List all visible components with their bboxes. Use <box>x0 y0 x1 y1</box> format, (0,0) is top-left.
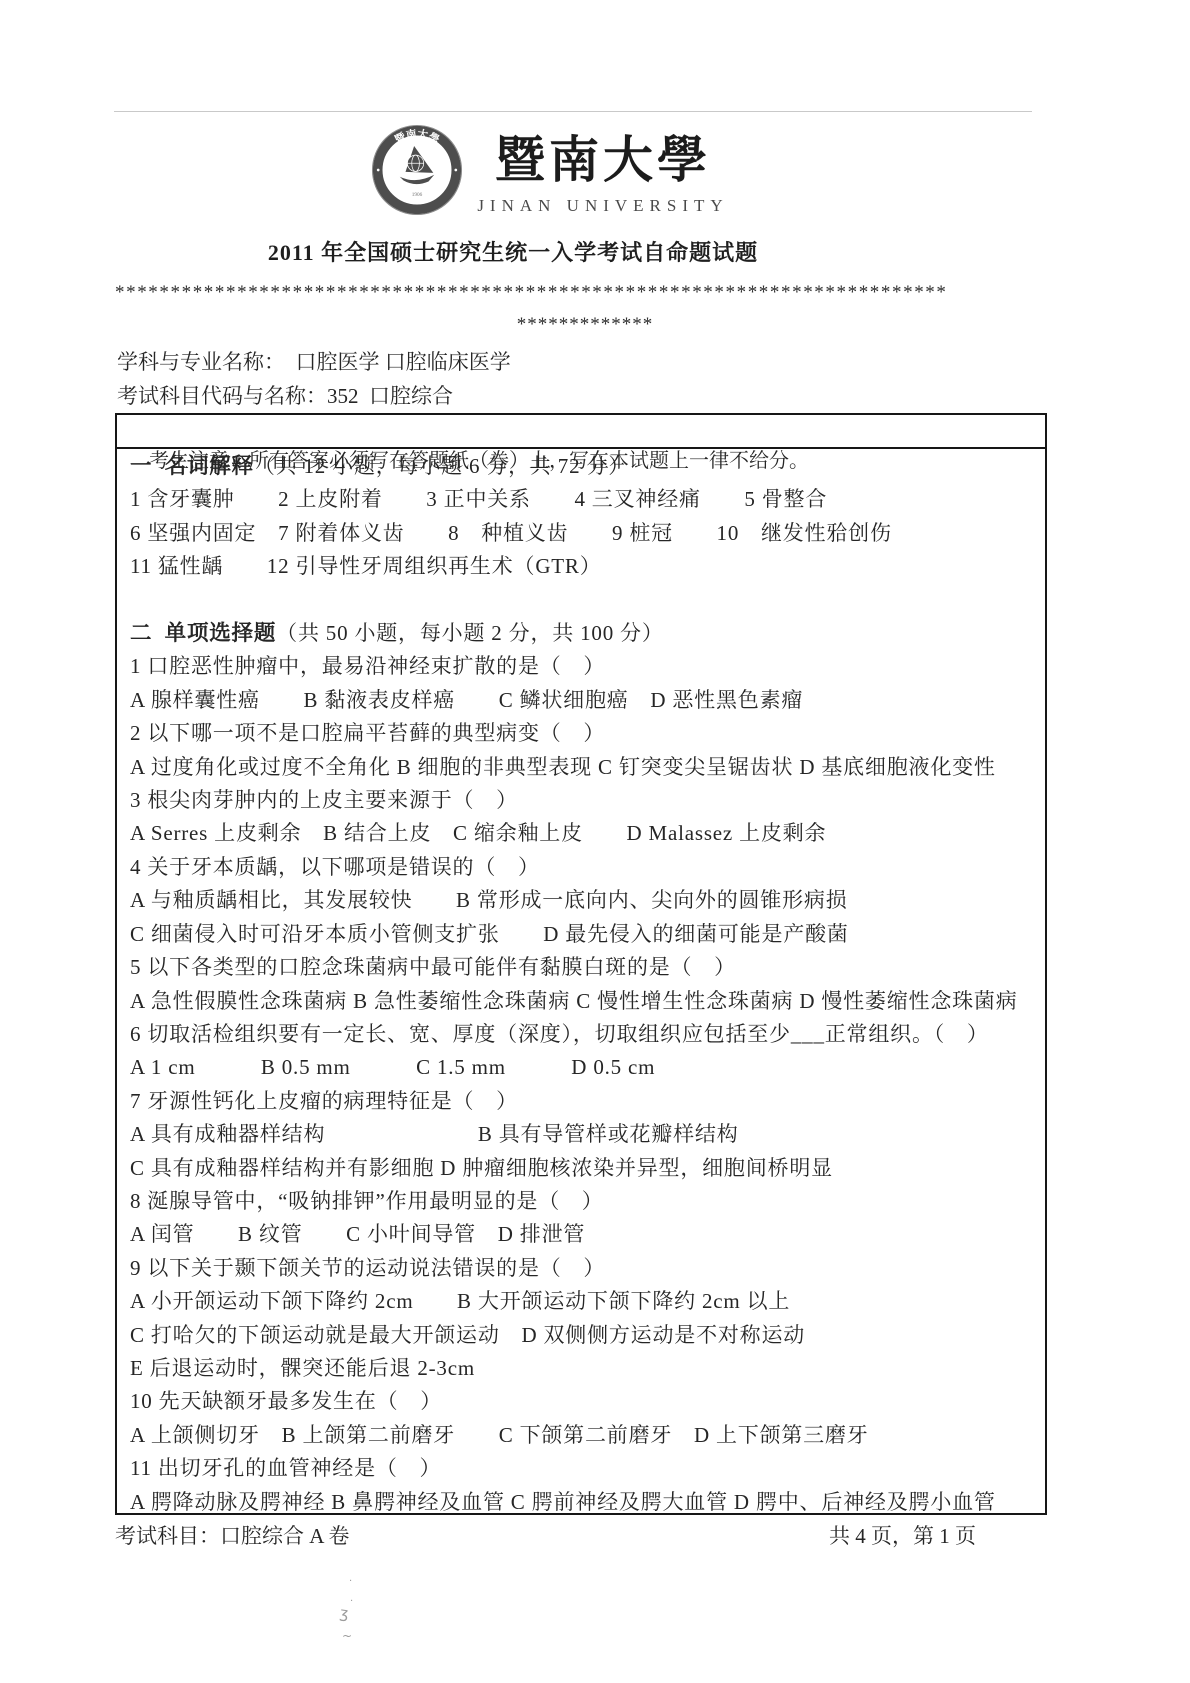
exam-text-line: A 腭降动脉及腭神经 B 鼻腭神经及血管 C 腭前神经及腭大血管 D 腭中、后神… <box>130 1486 1035 1515</box>
candidate-notice-box: 考生注意：所有答案必须写在答题纸（卷）上，写在本试题上一律不给分。 <box>115 413 1047 449</box>
footer-exam-subject: 考试科目：口腔综合 A 卷 <box>115 1520 350 1550</box>
exam-text-line: C 打哈欠的下颌运动就是最大开颌运动 D 双侧侧方运动是不对称运动 <box>130 1319 1035 1352</box>
exam-text-line: 3 根尖肉芽肿内的上皮主要来源于（ ） <box>130 784 1035 817</box>
exam-text-line: 6 坚强内固定 7 附着体义齿 8 种植义齿 9 桩冠 10 继发性𬌗创伤 <box>130 517 1035 550</box>
scan-artifact: . <box>350 1593 353 1604</box>
exam-text-line: 1 口腔恶性肿瘤中，最易沿神经束扩散的是（ ） <box>130 650 1035 683</box>
university-logo: 暨南大學 JINAN UNIVERSITY 1906 暨南大學 JINAN UN… <box>0 124 1100 216</box>
exam-text-line: C 具有成釉器样结构并有影细胞 D 肿瘤细胞核浓染并异型，细胞间桥明显 <box>130 1152 1035 1185</box>
exam-text-line: 5 以下各类型的口腔念珠菌病中最可能伴有黏膜白斑的是（ ） <box>130 951 1035 984</box>
university-wordmark-cn: 暨南大學 <box>495 124 711 196</box>
university-seal-icon: 暨南大學 JINAN UNIVERSITY 1906 <box>371 124 463 216</box>
scan-artifact: · <box>349 1576 352 1587</box>
top-divider <box>114 111 1032 112</box>
exam-text-line: A 急性假膜性念珠菌病 B 急性萎缩性念珠菌病 C 慢性增生性念珠菌病 D 慢性… <box>130 985 1035 1018</box>
exam-text-line: 2 以下哪一项不是口腔扁平苔藓的典型病变（ ） <box>130 717 1035 750</box>
university-wordmark-block: 暨南大學 JINAN UNIVERSITY <box>477 124 728 216</box>
exam-text-line: 1 含牙囊肿 2 上皮附着 3 正中关系 4 三叉神经痛 5 骨整合 <box>130 483 1035 516</box>
section-heading: 二 单项选择题（共 50 小题，每小题 2 分，共 100 分） <box>130 617 1035 650</box>
exam-title: 2011 年全国硕士研究生统一入学考试自命题试题 <box>0 236 1026 267</box>
exam-text-line: A 腺样囊性癌 B 黏液表皮样癌 C 鳞状细胞癌 D 恶性黑色素瘤 <box>130 684 1035 717</box>
exam-text-line: A 与釉质龋相比，其发展较快 B 常形成一底向内、尖向外的圆锥形病损 <box>130 884 1035 917</box>
exam-text-line: 9 以下关于颞下颌关节的运动说法错误的是（ ） <box>130 1252 1035 1285</box>
exam-text-line: 6 切取活检组织要有一定长、宽、厚度（深度），切取组织应包括至少___正常组织。… <box>130 1018 1035 1051</box>
exam-text-line: A 1 cm B 0.5 mm C 1.5 mm D 0.5 cm <box>130 1051 1035 1084</box>
scan-artifact: ʒ <box>339 1603 350 1622</box>
exam-text-line: A 小开颌运动下颌下降约 2cm B 大开颌运动下颌下降约 2cm 以上 <box>130 1285 1035 1318</box>
exam-text-line: A Serres 上皮剩余 B 结合上皮 C 缩余釉上皮 D Malassez … <box>130 817 1035 850</box>
exam-paper-page: 暨南大學 JINAN UNIVERSITY 1906 暨南大學 JINAN UN… <box>0 0 1190 1683</box>
asterisk-divider-long: ****************************************… <box>115 282 955 304</box>
question-area: 一 名词解释（共 12 小题，每小题 6 分，共 72 分）1 含牙囊肿 2 上… <box>115 447 1047 1515</box>
seal-year-text: 1906 <box>412 192 423 198</box>
exam-text-line: A 上颌侧切牙 B 上颌第二前磨牙 C 下颌第二前磨牙 D 上下颌第三磨牙 <box>130 1419 1035 1452</box>
footer-page-number: 共 4 页，第 1 页 <box>829 1520 976 1550</box>
exam-text-line: C 细菌侵入时可沿牙本质小管侧支扩张 D 最先侵入的细菌可能是产酸菌 <box>130 918 1035 951</box>
subject-code-line: 考试科目代码与名称：352 口腔综合 <box>117 380 453 410</box>
exam-text-line: A 过度角化或过度不全角化 B 细胞的非典型表现 C 钉突变尖呈锯齿状 D 基底… <box>130 751 1035 784</box>
exam-text-line: A 闰管 B 纹管 C 小叶间导管 D 排泄管 <box>130 1218 1035 1251</box>
page-footer: 考试科目：口腔综合 A 卷 共 4 页，第 1 页 <box>115 1520 1047 1550</box>
university-wordmark-en: JINAN UNIVERSITY <box>477 196 728 216</box>
section-heading: 一 名词解释（共 12 小题，每小题 6 分，共 72 分） <box>130 450 1035 483</box>
exam-text-line: 11 出切牙孔的血管神经是（ ） <box>130 1452 1035 1485</box>
exam-text-line: 8 涎腺导管中，“吸钠排钾”作用最明显的是（ ） <box>130 1185 1035 1218</box>
subject-name-line: 学科与专业名称： 口腔医学 口腔临床医学 <box>117 346 511 376</box>
exam-text-line: 11 猛性龋 12 引导性牙周组织再生术（GTR） <box>130 550 1035 583</box>
exam-text-line: 4 关于牙本质龋，以下哪项是错误的（ ） <box>130 851 1035 884</box>
exam-text-line: 10 先天缺额牙最多发生在（ ） <box>130 1385 1035 1418</box>
exam-text-line: E 后退运动时，髁突还能后退 2-3cm <box>130 1352 1035 1385</box>
exam-text-line: A 具有成釉器样结构 B 具有导管样或花瓣样结构 <box>130 1118 1035 1151</box>
scan-artifact: ~ <box>342 1629 352 1643</box>
asterisk-divider-short: ************* <box>0 314 1170 336</box>
blank-line <box>130 584 1035 617</box>
exam-text-line: 7 牙源性钙化上皮瘤的病理特征是（ ） <box>130 1085 1035 1118</box>
